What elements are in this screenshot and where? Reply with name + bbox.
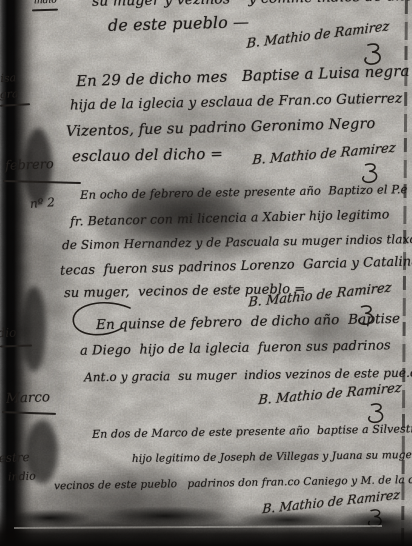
manuscript-line: esclauo del dicho = xyxy=(72,145,223,166)
margin-underline xyxy=(0,103,30,106)
manuscript-line: su muger y vezinos y comme indios de dho xyxy=(92,0,412,10)
manuscript-line: En 29 de dicho mes Baptise a Luisa negra xyxy=(76,62,410,90)
manuscript-line: Ant.o y gracia su muger indios vezinos d… xyxy=(84,366,412,385)
manuscript-page: indio su muger y vezinos y comme indios … xyxy=(0,0,412,546)
margin-note: Marco xyxy=(6,389,51,407)
page-right-edge xyxy=(401,0,408,546)
margin-note: indio xyxy=(8,470,36,484)
margin-note: Luisa xyxy=(0,71,16,86)
margin-note: febrero xyxy=(5,157,54,174)
page-tear xyxy=(22,286,46,372)
margin-note: indio xyxy=(34,0,57,6)
margin-note: indio xyxy=(0,325,17,340)
manuscript-line: hijo legitimo de Joseph de Villegas y Ju… xyxy=(132,449,412,465)
margin-note: Silvestre xyxy=(0,450,30,466)
margin-note: nº 2 xyxy=(30,195,56,211)
manuscript-line: de este pueblo — xyxy=(108,12,250,35)
margin-underline xyxy=(32,9,58,12)
manuscript-line: En dos de Marco de este presente año bap… xyxy=(92,422,412,441)
margin-note: negra xyxy=(0,87,19,102)
